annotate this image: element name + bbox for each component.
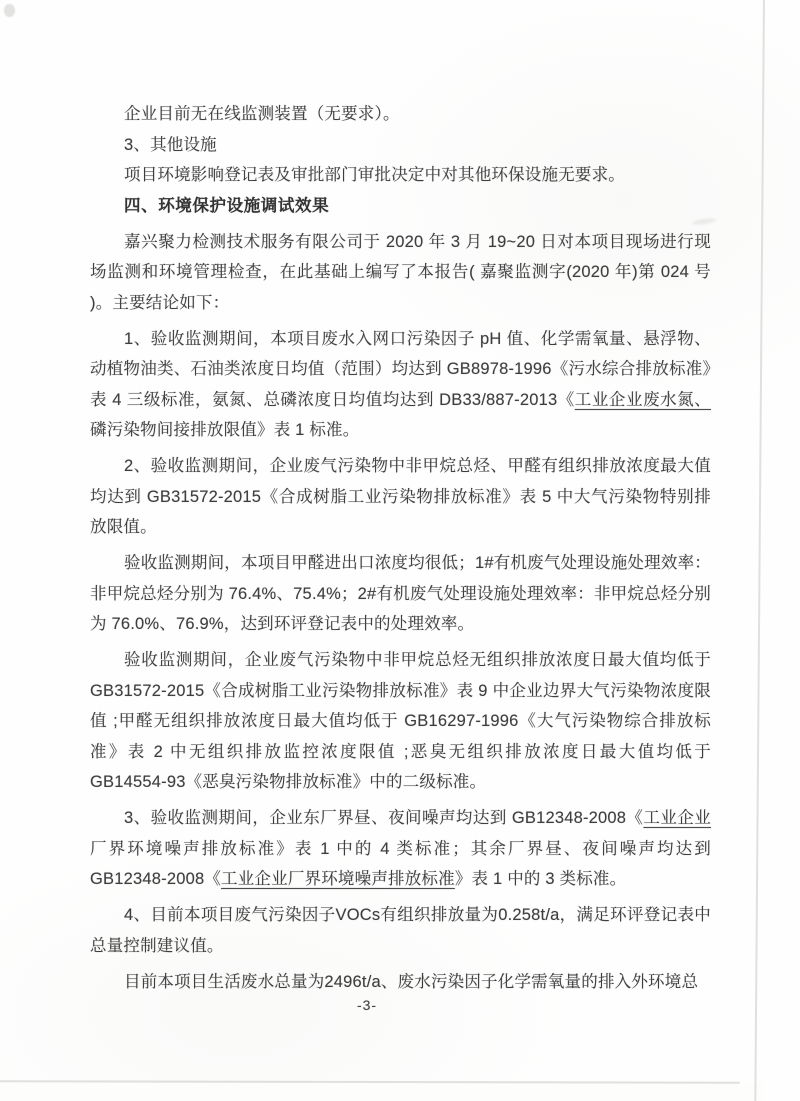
paragraph: 验收监测期间，企业废气污染物中非甲烷总烃无组织排放浓度日最大值均低于 GB315…: [90, 645, 711, 798]
text-run: 3、其他设施: [124, 136, 217, 154]
text-run: 四、环境保护设施调试效果: [124, 197, 329, 215]
paragraph: 2、验收监测期间，企业废气污染物中非甲烷总烃、甲醛有组织排放浓度最大值均达到 G…: [90, 451, 711, 543]
paragraph: 目前本项目生活废水总量为2496t/a、废水污染因子化学需氧量的排入外环境总: [90, 967, 711, 998]
text-run: 4、目前本项目废气污染因子VOCs有组织排放量为0.258t/a，满足环评登记表…: [90, 906, 711, 955]
paragraph: 3、验收监测期间，企业东厂界昼、夜间噪声均达到 GB12348-2008《工业企…: [90, 803, 711, 895]
text-run: 企业目前无在线监测装置（无要求）。: [124, 105, 400, 123]
paragraph: 4、目前本项目废气污染因子VOCs有组织排放量为0.258t/a，满足环评登记表…: [90, 900, 711, 961]
text-run: 目前本项目生活废水总量为2496t/a、废水污染因子化学需氧量的排入外环境总: [124, 973, 698, 991]
scan-edge-right-line: [754, 0, 765, 1101]
text-run: 2、验收监测期间，企业废气污染物中非甲烷总烃、甲醛有组织排放浓度最大值均达到 G…: [90, 457, 711, 536]
text-run: 》表 1 中的 3 类标准。: [455, 870, 627, 888]
scan-speck-top-left: [4, 4, 15, 17]
text-run: 嘉兴聚力检测技术服务有限公司于 2020 年 3 月 19~20 日对本项目现场…: [90, 233, 711, 312]
paragraph: 验收监测期间，本项目甲醛进出口浓度均很低；1#有机废气处理设施处理效率：非甲烷总…: [90, 548, 711, 640]
paragraph: 1、验收监测期间，本项目废水入网口污染因子 pH 值、化学需氧量、悬浮物、动植物…: [90, 324, 711, 446]
paragraph: 企业目前无在线监测装置（无要求）。: [90, 99, 711, 130]
paragraph: 嘉兴聚力检测技术服务有限公司于 2020 年 3 月 19~20 日对本项目现场…: [90, 227, 711, 319]
document-body: 企业目前无在线监测装置（无要求）。3、其他设施项目环境影响登记表及审批部门审批决…: [90, 99, 711, 997]
scan-bottom-band: [0, 1083, 763, 1101]
underlined-standard-title: 工业企业厂界环境噪声排放标准: [221, 870, 455, 888]
text-run: 验收监测期间，企业废气污染物中非甲烷总烃无组织排放浓度日最大值均低于 GB315…: [90, 651, 711, 791]
paragraph: 3、其他设施: [90, 130, 711, 161]
underlined-standard-title: 工业企业废水氮、: [575, 391, 711, 409]
scanned-page: 企业目前无在线监测装置（无要求）。3、其他设施项目环境影响登记表及审批部门审批决…: [0, 0, 800, 1101]
text-run: 项目环境影响登记表及审批部门审批决定中对其他环保设施无要求。: [124, 166, 625, 184]
paragraph: 项目环境影响登记表及审批部门审批决定中对其他环保设施无要求。: [90, 160, 711, 191]
page-number: -3-: [57, 995, 677, 1015]
text-run: 验收监测期间，本项目甲醛进出口浓度均很低；1#有机废气处理设施处理效率：非甲烷总…: [90, 554, 711, 633]
underlined-standard-title: 工业企业: [643, 809, 711, 827]
text-run: 磷污染物间接排放限值》表 1 标准。: [90, 421, 359, 439]
section-heading: 四、环境保护设施调试效果: [90, 191, 711, 222]
text-run: 3、验收监测期间，企业东厂界昼、夜间噪声均达到 GB12348-2008《: [124, 809, 643, 827]
